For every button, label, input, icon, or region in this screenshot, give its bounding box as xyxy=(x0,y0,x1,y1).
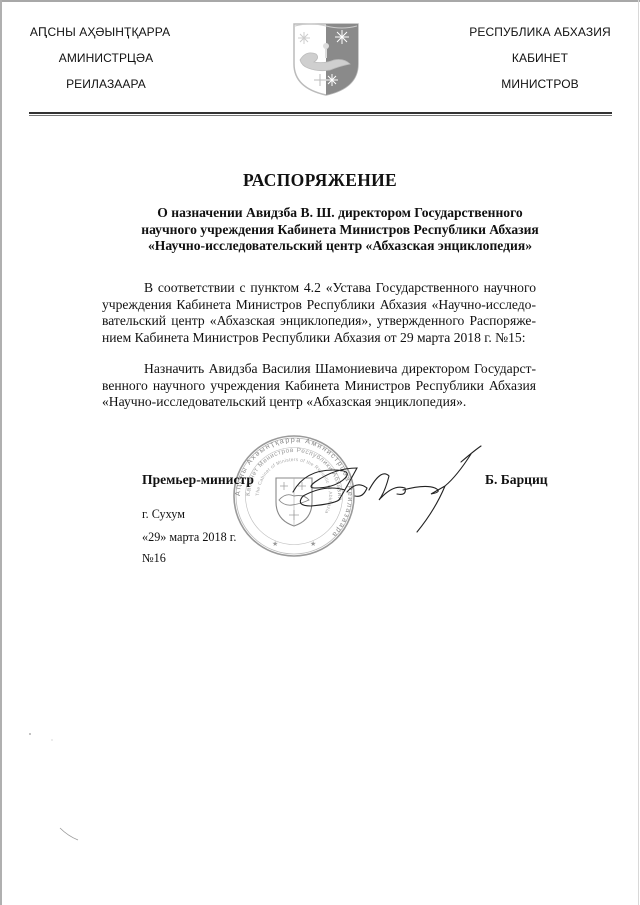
header-left-line-3: РЕИЛАЗААРА xyxy=(6,77,206,91)
paragraph-line: Назначить Авидзба Василия Шамониевича ди… xyxy=(102,361,536,378)
header-divider-thick xyxy=(29,112,612,114)
subject-line: научного учреждения Кабинета Министров Р… xyxy=(100,222,580,239)
page-edge-left xyxy=(0,0,2,905)
header-right-line-1: РЕСПУБЛИКА АБХАЗИЯ xyxy=(440,25,640,39)
paragraph-line: венного научного учреждения Кабинета Мин… xyxy=(102,378,536,395)
paragraph-line: В соответствии с пунктом 4.2 «Устава Гос… xyxy=(102,280,536,297)
document-subject: О назначении Авидзба В. Ш. директором Го… xyxy=(100,205,580,255)
handwritten-signature-icon xyxy=(285,440,485,540)
paragraph-line: учреждения Кабинета Министров Республики… xyxy=(102,297,536,314)
subject-line: О назначении Авидзба В. Ш. директором Го… xyxy=(100,205,580,222)
page-edge-top xyxy=(0,0,640,2)
document-title: РАСПОРЯЖЕНИЕ xyxy=(0,170,640,191)
paragraph-line: «Научно-исследовательский центр «Абхазск… xyxy=(102,394,536,411)
header-left-line-1: АԤСНЫ АҲӘЫНҬҚАРРА xyxy=(0,25,200,39)
paragraph-line: вательский центр «Абхазская энциклопедия… xyxy=(102,313,536,330)
page-edge-right xyxy=(638,0,639,905)
paragraph-order: Назначить Авидзба Василия Шамониевича ди… xyxy=(102,361,536,411)
header-right-line-3: МИНИСТРОВ xyxy=(440,77,640,91)
issue-date: «29» марта 2018 г. xyxy=(142,530,236,545)
subject-line: «Научно-исследовательский центр «Абхазск… xyxy=(100,238,580,255)
svg-text:★: ★ xyxy=(310,540,316,548)
header-left-line-2: АМИНИСТРЦӘА xyxy=(6,51,206,65)
header-right-line-2: КАБИНЕТ xyxy=(440,51,640,65)
paragraph-basis: В соответствии с пунктом 4.2 «Устава Гос… xyxy=(102,280,536,346)
document-number: №16 xyxy=(142,551,166,566)
signatory-name: Б. Барциц xyxy=(485,472,548,488)
coat-of-arms-icon xyxy=(290,20,362,98)
issue-city: г. Сухум xyxy=(142,507,185,522)
signatory-position: Премьер-министр xyxy=(142,472,254,488)
paragraph-line: нием Кабинета Министров Республики Абхаз… xyxy=(102,330,536,347)
svg-text:★: ★ xyxy=(272,540,278,548)
header-divider-thin xyxy=(29,115,612,116)
